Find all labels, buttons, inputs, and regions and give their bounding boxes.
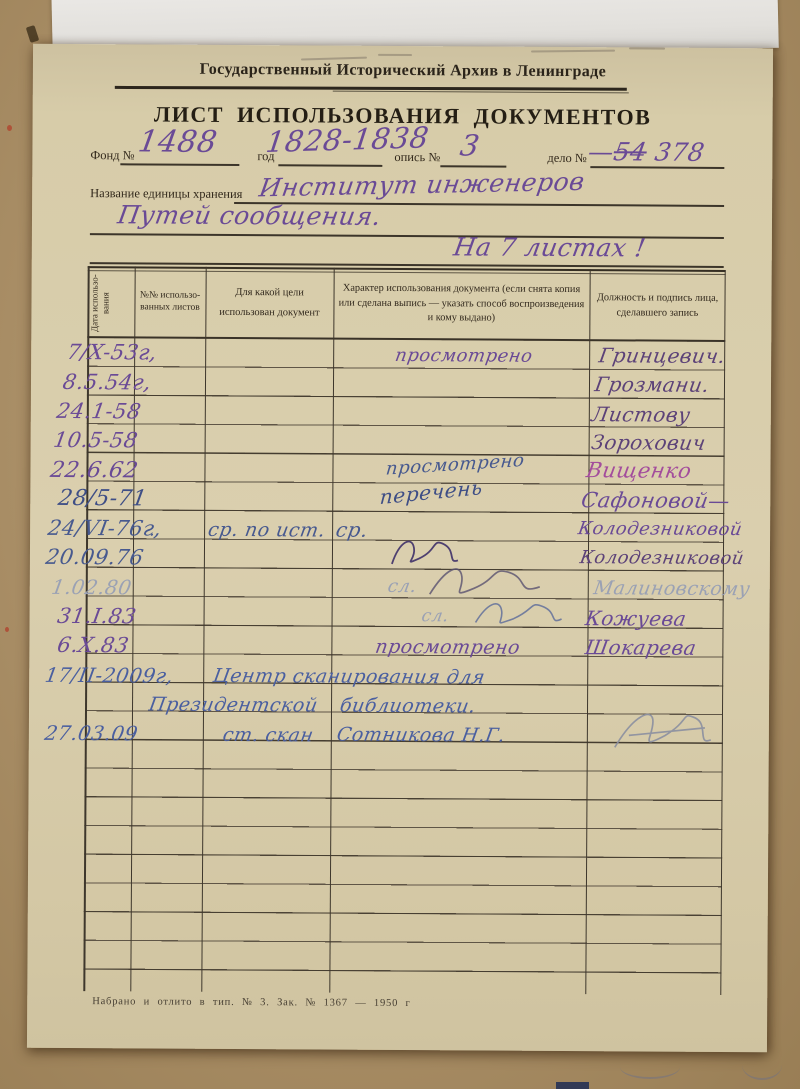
ink-smudge xyxy=(26,25,40,43)
col-header-date-text: Дата использо- вания xyxy=(89,273,131,333)
handwritten-signature: Колодезниковой xyxy=(577,520,744,539)
handwritten-signature: Вищенко xyxy=(585,460,693,482)
field-line xyxy=(440,165,506,167)
handwritten-signature: Грозмани. xyxy=(593,374,711,395)
handwritten-character: сл. xyxy=(386,578,418,596)
red-dot xyxy=(5,627,9,632)
signature-scribble xyxy=(609,705,715,754)
handwritten-signature: Сафоновой— xyxy=(580,490,732,512)
handwritten-date: 22.6.62 xyxy=(49,460,140,483)
handwritten-purpose: ст. скан xyxy=(221,726,315,746)
handwritten-date: 20.09.76 xyxy=(44,547,145,569)
unit-name-line2-handwritten: Путей сообщения. xyxy=(116,202,383,229)
usage-table: Дата использо- вания №№ использо- ванных… xyxy=(83,266,725,985)
field-line xyxy=(120,163,239,165)
handwritten-signature: Колодезниковой xyxy=(578,549,745,568)
handwritten-character: библиотеки. xyxy=(338,697,477,717)
col-header-signature: Должность и подпись лица, сделавшего зап… xyxy=(589,271,725,340)
archive-name: Государственный Исторический Архив в Лен… xyxy=(33,60,773,83)
handwritten-date: 17/II-2009г, xyxy=(44,665,175,686)
delo-label: дело № xyxy=(547,151,587,166)
handwritten-character: просмотрено xyxy=(394,347,534,366)
handwritten-purpose: Центр сканирования для xyxy=(212,667,487,688)
handwritten-signature: Малиновскому xyxy=(592,579,751,599)
unit-name-line1-handwritten: Институт инженеров xyxy=(258,169,587,200)
handwritten-signature: Зорохович xyxy=(590,432,707,453)
handwritten-signature: Кожуева xyxy=(584,608,688,629)
sheet-count-handwritten: На 7 листах ! xyxy=(452,234,648,260)
fond-label: Фонд № xyxy=(90,148,134,163)
table-header-row: Дата использо- вания №№ использо- ванных… xyxy=(87,268,725,340)
handwritten-date: 1.02.80 xyxy=(50,577,133,597)
handwritten-date: 31.I.83 xyxy=(56,606,138,627)
opis-value-handwritten: 3 xyxy=(458,131,482,160)
handwritten-date: 6.X.83 xyxy=(56,635,131,656)
delo-value-handwritten: —54 378 xyxy=(586,139,706,165)
document-page: Государственный Исторический Архив в Лен… xyxy=(27,44,773,1053)
pen-scribble xyxy=(620,1055,680,1079)
handwritten-date: 10.5-58 xyxy=(52,430,140,451)
pencil-mark xyxy=(378,54,412,56)
bottom-edge-mark xyxy=(556,1082,589,1089)
handwritten-signature: Гринцевич. xyxy=(598,345,728,366)
handwritten-date: 27.03.09 xyxy=(43,723,139,744)
col-header-sheets: №№ использо- ванных листов xyxy=(134,268,205,336)
signature-scribble xyxy=(472,594,564,629)
col-header-character: Характер использования документа (если с… xyxy=(333,270,589,340)
red-dot xyxy=(7,125,12,131)
handwritten-character: сл. xyxy=(420,608,450,625)
handwritten-signature: Шокарева xyxy=(584,637,698,658)
pencil-mark xyxy=(301,57,367,61)
scanned-archive-sheet: Государственный Исторический Архив в Лен… xyxy=(0,0,800,1089)
print-shop-note: Набрано и отлито в тип. № 3. Зак. № 1367… xyxy=(92,996,411,1009)
col-header-date: Дата использо- вания xyxy=(87,268,134,336)
handwritten-character: ср. xyxy=(334,520,369,540)
handwritten-date: 28/5-71 xyxy=(56,488,148,511)
handwritten-purpose: Президентской xyxy=(147,695,319,715)
divider xyxy=(115,86,627,90)
handwritten-character: Сотникова Н.Г. xyxy=(335,726,506,746)
pencil-mark xyxy=(531,50,615,53)
handwritten-character: просмотрено xyxy=(374,638,522,658)
field-line xyxy=(278,164,382,166)
handwritten-date: 8.5.54г, xyxy=(61,372,153,394)
handwritten-date: 24/VI-76г, xyxy=(46,518,163,540)
opis-label: опись № xyxy=(394,150,440,165)
col-header-purpose: Для какой цели использован документ xyxy=(205,269,333,338)
handwritten-date: 24.1-58 xyxy=(55,401,143,422)
fond-value-handwritten: 1488 xyxy=(136,127,219,157)
pencil-mark xyxy=(629,47,665,49)
delo-old-number: 54 xyxy=(612,137,650,166)
delo-new-number: 378 xyxy=(653,138,707,167)
pen-scribble xyxy=(742,1050,782,1080)
divider xyxy=(333,91,629,94)
handwritten-signature: Листову xyxy=(590,404,692,425)
handwritten-purpose: ср. по ист. xyxy=(207,521,327,541)
